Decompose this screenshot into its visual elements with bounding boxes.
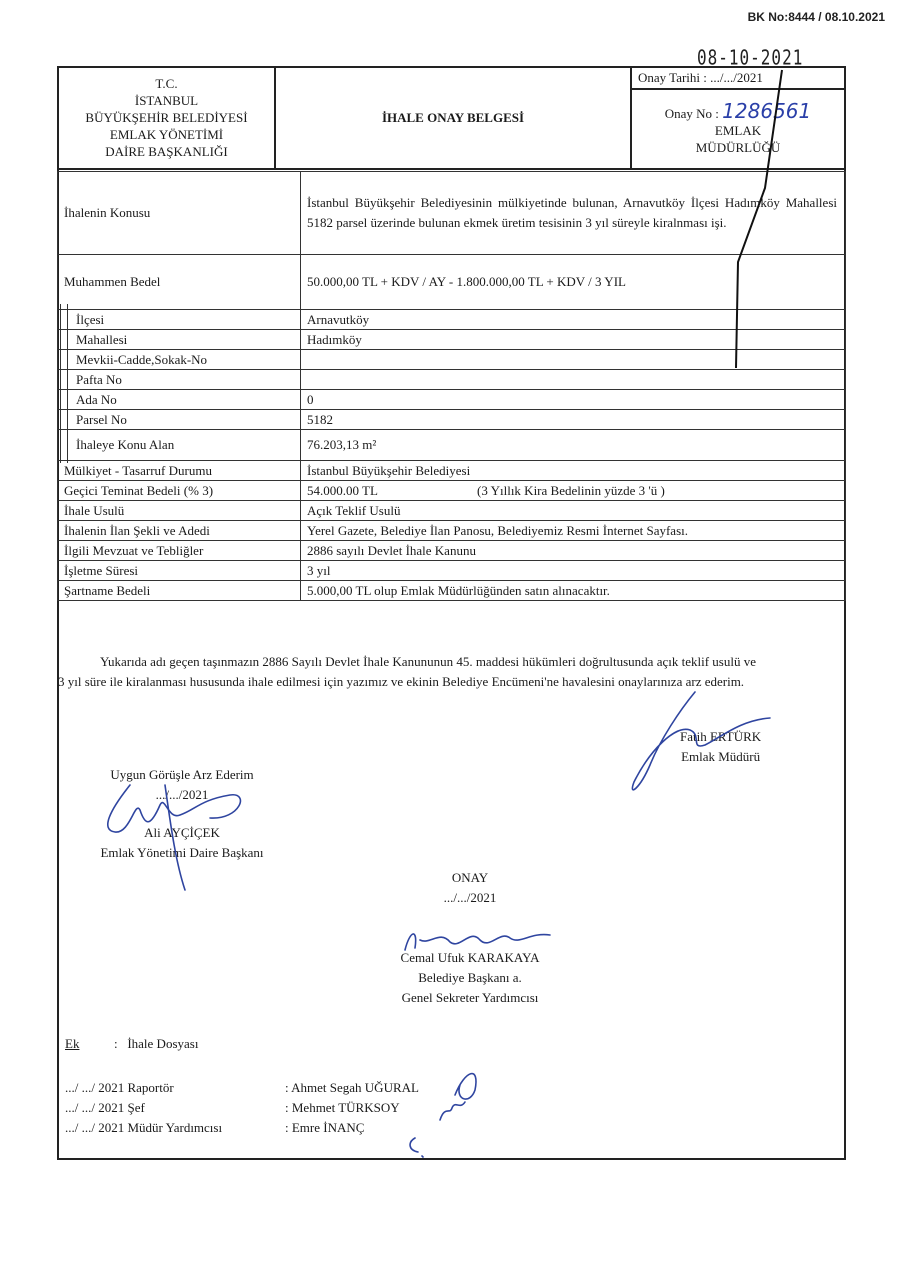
table-row: Pafta No [58, 370, 846, 390]
staff-name: : Emre İNANÇ [285, 1118, 485, 1138]
list-item: .../ .../ 2021 Şef: Mehmet TÜRKSOY [65, 1098, 485, 1118]
table-row: İlçesiArnavutköy [58, 310, 846, 330]
signer-title: Genel Sekreter Yardımcısı [360, 988, 580, 1008]
approval-note: Uygun Görüşle Arz Ederim [72, 765, 292, 785]
location-group-border [60, 304, 68, 463]
org-line: BÜYÜKŞEHİR BELEDİYESİ [59, 109, 274, 126]
tender-details-table: İhalenin Konusu İstanbul Büyükşehir Bele… [57, 171, 846, 601]
document-title: İHALE ONAY BELGESİ [275, 67, 631, 169]
location-value [301, 370, 846, 390]
approval-number-label: Onay No : [665, 106, 719, 121]
info-value: 54.000.00 TL(3 Yıllık Kira Bedelinin yüz… [301, 481, 846, 501]
signature-block-daire-baskani: Uygun Görüşle Arz Ederim .../.../2021 Al… [72, 765, 292, 863]
staff-role: .../ .../ 2021 Müdür Yardımcısı [65, 1118, 285, 1138]
table-row: İhaleye Konu Alan76.203,13 m² [58, 430, 846, 461]
location-label: Parsel No [58, 410, 301, 430]
signer-title: Emlak Yönetimi Daire Başkanı [72, 843, 292, 863]
signer-name: Cemal Ufuk KARAKAYA [360, 948, 580, 968]
attachment-label: Ek [65, 1036, 79, 1051]
info-value: 2886 sayılı Devlet İhale Kanunu [301, 541, 846, 561]
info-label: Şartname Bedeli [58, 581, 301, 601]
signature-date: .../.../2021 [72, 785, 292, 805]
table-row: İlgili Mevzuat ve Tebliğler2886 sayılı D… [58, 541, 846, 561]
staff-role: .../ .../ 2021 Şef [65, 1098, 285, 1118]
attachment-separator: : [114, 1036, 118, 1051]
location-label: İlçesi [58, 310, 301, 330]
info-value: Yerel Gazete, Belediye İlan Panosu, Bele… [301, 521, 846, 541]
signature-block-onay: ONAY .../.../2021 Cemal Ufuk KARAKAYA Be… [360, 868, 580, 1008]
table-row: Mevkii-Cadde,Sokak-No [58, 350, 846, 370]
estimated-price-value: 50.000,00 TL + KDV / AY - 1.800.000,00 T… [301, 255, 846, 310]
issuing-organization: T.C. İSTANBUL BÜYÜKŞEHİR BELEDİYESİ EMLA… [58, 67, 275, 169]
location-label: Mahallesi [58, 330, 301, 350]
list-item: .../ .../ 2021 Raportör: Ahmet Segah UĞU… [65, 1078, 485, 1098]
location-label: Pafta No [58, 370, 301, 390]
table-row: Mülkiyet - Tasarruf Durumuİstanbul Büyük… [58, 461, 846, 481]
info-label: Geçici Teminat Bedeli (% 3) [58, 481, 301, 501]
org-line: EMLAK YÖNETİMİ [59, 126, 274, 143]
info-value: 3 yıl [301, 561, 846, 581]
info-note: (3 Yıllık Kira Bedelinin yüzde 3 'ü ) [477, 483, 665, 498]
signature-date: .../.../2021 [360, 888, 580, 908]
staff-name: : Mehmet TÜRKSOY [285, 1098, 485, 1118]
unit-line: MÜDÜRLÜĞÜ [638, 139, 838, 156]
table-row: Ada No0 [58, 390, 846, 410]
location-label: Ada No [58, 390, 301, 410]
location-value: Hadımköy [301, 330, 846, 350]
info-label: İhalenin İlan Şekli ve Adedi [58, 521, 301, 541]
info-value: Açık Teklif Usulü [301, 501, 846, 521]
bk-number-stamp: BK No:8444 / 08.10.2021 [748, 10, 885, 24]
staff-role: .../ .../ 2021 Raportör [65, 1078, 285, 1098]
signature-block-mudur: Fatih ERTÜRK Emlak Müdürü [680, 727, 761, 767]
estimated-price-label: Muhammen Bedel [58, 255, 301, 310]
list-item: .../ .../ 2021 Müdür Yardımcısı: Emre İN… [65, 1118, 485, 1138]
location-value: Arnavutköy [301, 310, 846, 330]
staff-list: .../ .../ 2021 Raportör: Ahmet Segah UĞU… [65, 1078, 485, 1138]
attachment-line: Ek : İhale Dosyası [65, 1036, 198, 1052]
info-label: Mülkiyet - Tasarruf Durumu [58, 461, 301, 481]
table-row: Parsel No5182 [58, 410, 846, 430]
attachment-value: İhale Dosyası [127, 1036, 198, 1051]
info-value: İstanbul Büyükşehir Belediyesi [301, 461, 846, 481]
signer-name: Fatih ERTÜRK [680, 727, 761, 747]
subject-label: İhalenin Konusu [58, 172, 301, 255]
approval-number-value: 1286561 [722, 99, 811, 123]
table-row: İhalenin Konusu İstanbul Büyükşehir Bele… [58, 172, 846, 255]
location-value [301, 350, 846, 370]
body-line: Yukarıda adı geçen taşınmazın 2886 Sayıl… [58, 652, 846, 672]
info-label: İlgili Mevzuat ve Tebliğler [58, 541, 301, 561]
body-line: 3 yıl süre ile kiralanması hususunda iha… [58, 672, 846, 692]
location-value: 0 [301, 390, 846, 410]
location-value: 5182 [301, 410, 846, 430]
approval-date-value: .../.../2021 [710, 70, 763, 85]
document-header: T.C. İSTANBUL BÜYÜKŞEHİR BELEDİYESİ EMLA… [57, 66, 846, 170]
org-line: İSTANBUL [59, 92, 274, 109]
table-row: İşletme Süresi3 yıl [58, 561, 846, 581]
location-label: Mevkii-Cadde,Sokak-No [58, 350, 301, 370]
table-row: MahallesiHadımköy [58, 330, 846, 350]
unit-line: EMLAK [638, 122, 838, 139]
table-row: İhale UsulüAçık Teklif Usulü [58, 501, 846, 521]
staff-name: : Ahmet Segah UĞURAL [285, 1078, 485, 1098]
info-label: İşletme Süresi [58, 561, 301, 581]
org-line: T.C. [59, 75, 274, 92]
info-label: İhale Usulü [58, 501, 301, 521]
signer-title: Emlak Müdürü [680, 747, 761, 767]
approval-heading: ONAY [360, 868, 580, 888]
approval-date: Onay Tarihi : .../.../2021 [631, 67, 845, 89]
signer-title: Belediye Başkanı a. [360, 968, 580, 988]
location-value: 76.203,13 m² [301, 430, 846, 461]
table-row: Geçici Teminat Bedeli (% 3)54.000.00 TL(… [58, 481, 846, 501]
table-row: Şartname Bedeli5.000,00 TL olup Emlak Mü… [58, 581, 846, 601]
table-row: Muhammen Bedel 50.000,00 TL + KDV / AY -… [58, 255, 846, 310]
info-value: 5.000,00 TL olup Emlak Müdürlüğünden sat… [301, 581, 846, 601]
approval-number: Onay No : 1286561 EMLAK MÜDÜRLÜĞÜ [631, 89, 845, 169]
location-label: İhaleye Konu Alan [58, 430, 301, 461]
subject-value: İstanbul Büyükşehir Belediyesinin mülkiy… [301, 172, 846, 255]
org-line: DAİRE BAŞKANLIĞI [59, 143, 274, 160]
table-row: İhalenin İlan Şekli ve AdediYerel Gazete… [58, 521, 846, 541]
approval-date-label: Onay Tarihi : [638, 70, 707, 85]
signer-name: Ali AYÇİÇEK [72, 823, 292, 843]
body-paragraph: Yukarıda adı geçen taşınmazın 2886 Sayıl… [58, 652, 846, 692]
